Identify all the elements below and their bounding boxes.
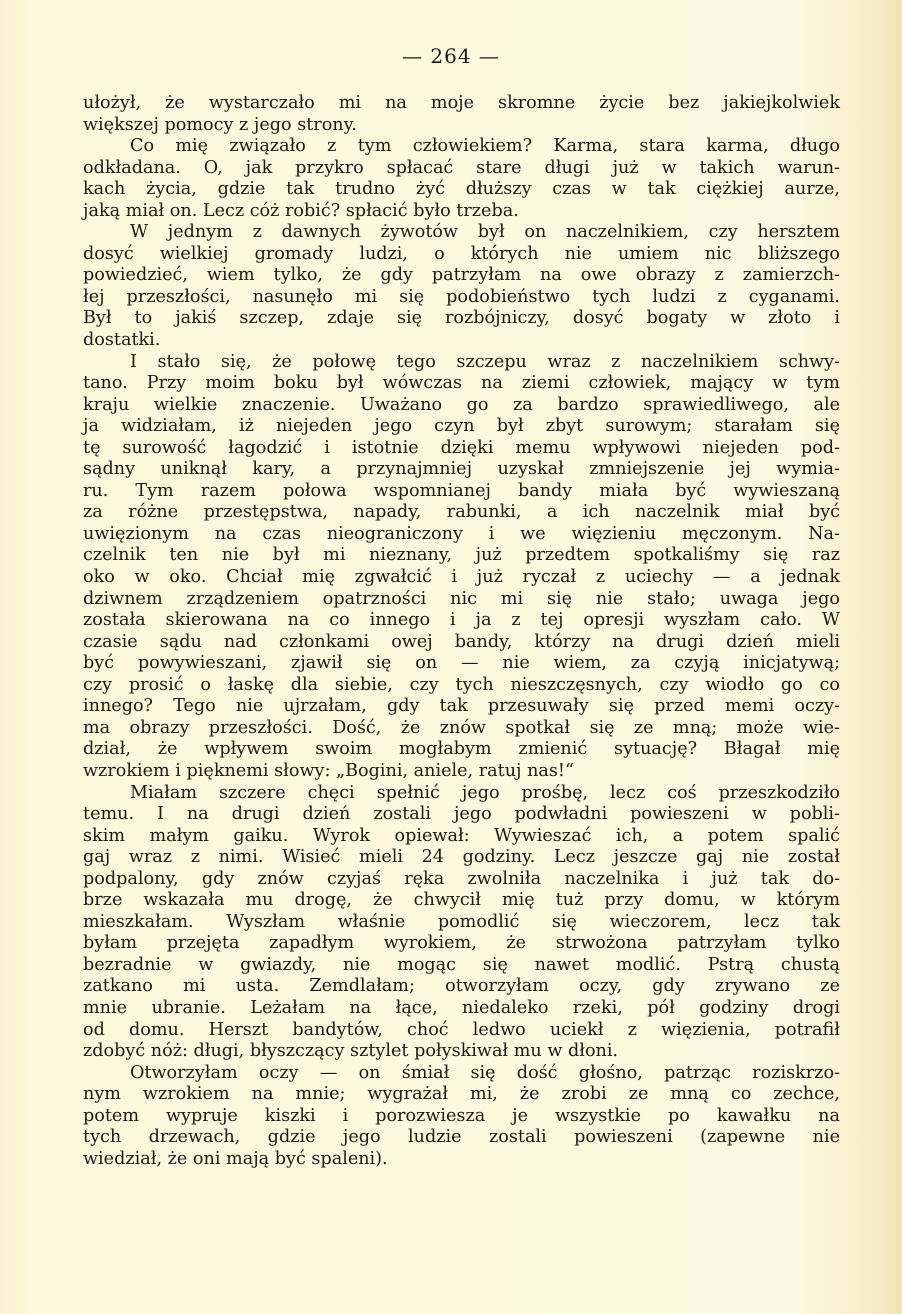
text-line: kraju wielkie znaczenie. Uważano go za b… (83, 395, 840, 417)
text-line: ułożył, że wystarczało mi na moje skromn… (83, 93, 840, 115)
text-line: za różne przestępstwa, napady, rabunki, … (83, 502, 840, 524)
text-line: zatkano mi usta. Zemdlałam; otworzyłam o… (83, 976, 840, 998)
text-line: ma obrazy przeszłości. Dość, że znów spo… (83, 718, 840, 740)
text-line: tych drzewach, gdzie jego ludzie zostali… (83, 1127, 840, 1149)
text-line: powiedzieć, wiem tylko, że gdy patrzyłam… (83, 265, 840, 287)
text-line: sądny uniknął kary, a przynajmniej uzysk… (83, 459, 840, 481)
text-line: temu. I na drugi dzień zostali jego podw… (83, 804, 840, 826)
text-line: skim małym gaiku. Wyrok opiewał: Wywiesz… (83, 826, 840, 848)
text-line: tę surowość łagodzić i istotnie dzięki m… (83, 438, 840, 460)
text-line: dział, że wpływem swoim mogłabym zmienić… (83, 739, 840, 761)
text-line: innego? Tego nie ujrzałam, gdy tak przes… (83, 696, 840, 718)
paragraph: Otworzyłam oczy — on śmiał się dość głoś… (83, 1063, 840, 1171)
text-line: czelnik ten nie był mi nieznany, już prz… (83, 545, 840, 567)
paragraph: I stało się, że połowę tego szczepu wraz… (83, 352, 840, 783)
text-line: nym wzrokiem na mnie; wygrażał mi, że zr… (83, 1084, 840, 1106)
book-page: — 264 — ułożył, że wystarczało mi na moj… (0, 0, 902, 1314)
text-line: wzrokiem i pięknemi słowy: „Bogini, anie… (83, 761, 840, 783)
text-line: ja widziałam, iż niejeden jego czyn był … (83, 416, 840, 438)
text-line: brze wskazała mu drogę, że chwycił mię t… (83, 890, 840, 912)
text-line: została skierowana na co innego i ja z t… (83, 610, 840, 632)
text-line: kach życia, gdzie tak trudno żyć dłuższy… (83, 179, 840, 201)
paragraph: Miałam szczere chęci spełnić jego prośbę… (83, 783, 840, 1063)
text-line: oko w oko. Chciał mię zgwałcić i już ryc… (83, 567, 840, 589)
text-line: gaj wraz z nimi. Wisieć mieli 24 godziny… (83, 847, 840, 869)
text-line: dziwnem zrządzeniem opatrzności nic mi s… (83, 589, 840, 611)
text-line: większej pomocy z jego strony. (83, 115, 840, 137)
paragraph: Co mię związało z tym człowiekiem? Karma… (83, 136, 840, 222)
text-line: dosyć wielkiej gromady ludzi, o których … (83, 244, 840, 266)
text-line: czasie sądu nad członkami owej bandy, kt… (83, 632, 840, 654)
text-line: od domu. Herszt bandytów, choć ledwo uci… (83, 1020, 840, 1042)
paragraph: W jednym z dawnych żywotów był on naczel… (83, 222, 840, 351)
paragraph: ułożył, że wystarczało mi na moje skromn… (83, 93, 840, 136)
text-line: wiedział, że oni mają być spaleni). (83, 1149, 840, 1171)
text-line: czy prosić o łaskę dla siebie, czy tych … (83, 675, 840, 697)
text-line: Co mię związało z tym człowiekiem? Karma… (83, 136, 840, 158)
text-line: Był to jakiś szczep, zdaje się rozbójnic… (83, 308, 840, 330)
text-line: mnie ubranie. Leżałam na łące, niedaleko… (83, 998, 840, 1020)
text-line: tano. Przy moim boku był wówczas na ziem… (83, 373, 840, 395)
text-line: Miałam szczere chęci spełnić jego prośbę… (83, 783, 840, 805)
text-line: zdobyć nóż: długi, błyszczący sztylet po… (83, 1041, 840, 1063)
page-number: — 264 — (0, 44, 902, 68)
text-line: ru. Tym razem połowa wspomnianej bandy m… (83, 481, 840, 503)
text-line: mieszkałam. Wyszłam właśnie pomodlić się… (83, 912, 840, 934)
text-line: bezradnie w gwiazdy, nie mogąc się nawet… (83, 955, 840, 977)
text-line: potem wypruje kiszki i porozwiesza je ws… (83, 1106, 840, 1128)
text-line: byłam przejęta zapadłym wyrokiem, że str… (83, 933, 840, 955)
body-text: ułożył, że wystarczało mi na moje skromn… (83, 93, 840, 1170)
text-line: I stało się, że połowę tego szczepu wraz… (83, 352, 840, 374)
text-line: W jednym z dawnych żywotów był on naczel… (83, 222, 840, 244)
text-line: jaką miał on. Lecz cóż robić? spłacić by… (83, 201, 840, 223)
text-line: łej przeszłości, nasunęło mi się podobie… (83, 287, 840, 309)
text-line: być powywieszani, zjawił się on — nie wi… (83, 653, 840, 675)
text-line: odkładana. O, jak przykro spłacać stare … (83, 158, 840, 180)
text-line: podpalony, gdy znów czyjaś ręka zwolniła… (83, 869, 840, 891)
text-line: dostatki. (83, 330, 840, 352)
text-line: Otworzyłam oczy — on śmiał się dość głoś… (83, 1063, 840, 1085)
text-line: uwięzionym na czas nieograniczony i we w… (83, 524, 840, 546)
